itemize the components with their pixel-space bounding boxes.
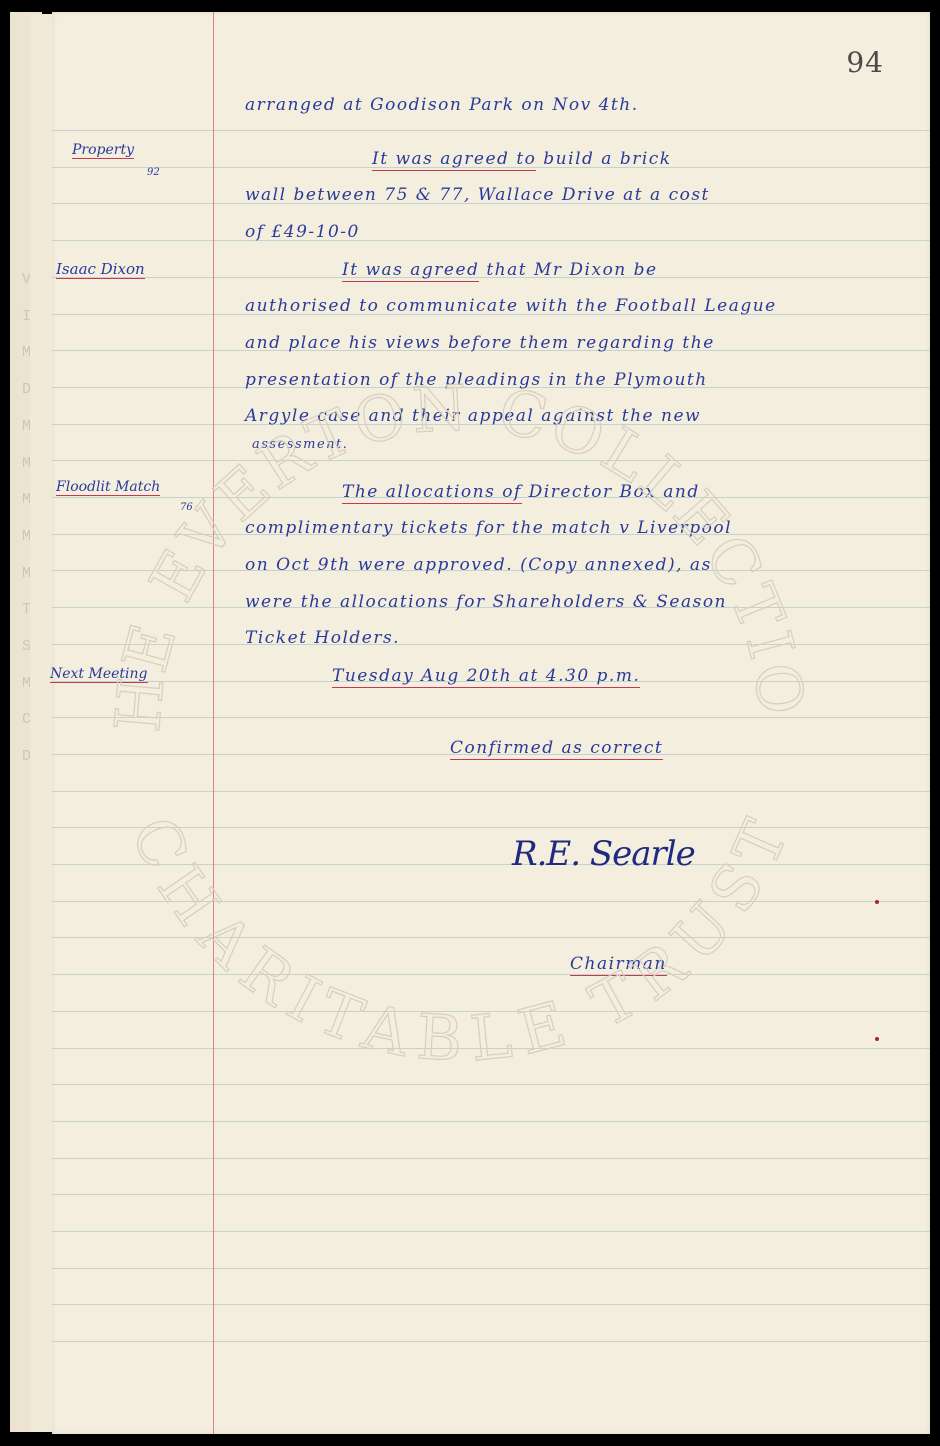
margin-line [213,12,214,1434]
text-line: authorised to communicate with the Footb… [245,296,777,316]
rule-line [52,1048,930,1049]
sidenote-property: Property [72,142,134,159]
binding-strip [30,14,53,1432]
text-line: It was agreed to build a brick [372,149,672,169]
rule-line [52,864,930,865]
page-number: 94 [846,46,884,79]
sidenote-floodlit-match: Floodlit Match [56,479,160,496]
rule-line [52,901,930,902]
text-line: Argyle case and their appeal against the… [245,406,701,426]
text-line: complimentary tickets for the match v Li… [245,518,732,538]
text-line: It was agreed that Mr Dixon be [342,260,658,280]
text-line: The allocations of Director Box and [342,482,700,502]
rule-line [52,460,930,461]
rule-line [52,937,930,938]
text-rest: that Mr Dixon be [479,260,657,280]
rule-line [52,974,930,975]
underlined-phrase: The allocations of [342,482,522,504]
text-rest: build a brick [536,149,671,169]
text-line: on Oct 9th were approved. (Copy annexed)… [245,555,712,575]
rule-line [52,827,930,828]
rule-line [52,1268,930,1269]
underlined-phrase: Tuesday Aug 20th at 4.30 p.m. [332,666,640,688]
sidenote-isaac-dixon: Isaac Dixon [56,260,145,279]
rule-line [52,1194,930,1195]
rule-line [52,240,930,241]
rule-line [52,644,930,645]
rule-line [52,1158,930,1159]
sidenote-next-meeting: Next Meeting [50,666,148,683]
text-line: were the allocations for Shareholders & … [245,592,727,612]
signatory-title: Chairman [570,954,667,974]
minute-ref: 92 [147,167,160,178]
text-line: arranged at Goodison Park on Nov 4th. [245,95,639,115]
rule-line [52,791,930,792]
rule-line [52,1084,930,1085]
ink-dot [875,1037,879,1041]
text-rest: Director Box and [522,482,700,502]
text-line: presentation of the pleadings in the Ply… [245,370,708,390]
text-line: Tuesday Aug 20th at 4.30 p.m. [332,666,640,686]
confirmation-text: Confirmed as correct [450,738,663,758]
text-line: of £49-10-0 [245,222,360,242]
underlined-phrase: It was agreed to [372,149,536,171]
rule-line [52,130,930,131]
text-line: wall between 75 & 77, Wallace Drive at a… [245,185,710,205]
rule-line [52,717,930,718]
rule-line [52,1121,930,1122]
rule-line [52,1231,930,1232]
ink-dot [875,900,879,904]
confirmation-underlined: Confirmed as correct [450,738,663,760]
underlined-phrase: It was agreed [342,260,479,282]
minute-ref: 76 [180,502,193,513]
text-line: Ticket Holders. [245,628,400,648]
chairman-signature: R.E. Searle [512,834,695,874]
text-line: assessment. [252,437,348,452]
rule-line [52,1341,930,1342]
rule-line [52,1304,930,1305]
signatory-title-text: Chairman [570,954,667,976]
text-line: and place his views before them regardin… [245,333,715,353]
ledger-page: 94 arranged at Goodison Park on Nov 4th.… [52,12,930,1434]
rule-line [52,1011,930,1012]
